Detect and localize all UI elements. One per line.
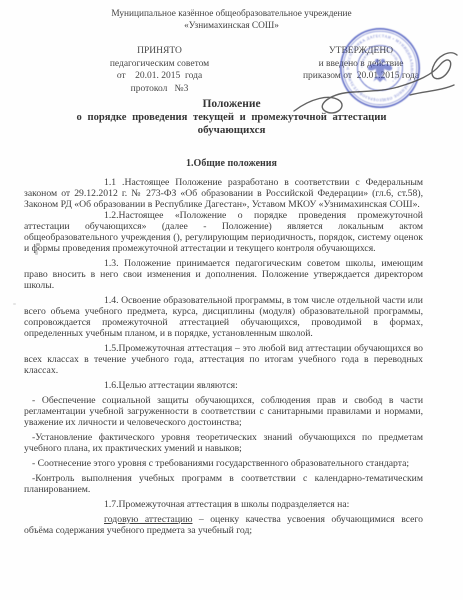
accepted-line-date: от 20.01. 2015 года bbox=[72, 70, 247, 83]
paragraph-1-1: 1.1 .Настоящее Положение разработано в с… bbox=[24, 177, 423, 210]
paragraph-1-6: 1.6.Целью аттестации являются: bbox=[24, 380, 423, 391]
approved-title: УТВЕРЖДЕНО bbox=[277, 45, 445, 58]
approved-block: УТВЕРЖДЕНО и введено в действие приказом… bbox=[277, 45, 445, 95]
goal-bullet-3: - Соотнесение этого уровня с требованиям… bbox=[24, 458, 423, 469]
document-header: Муниципальное казённое общеобразовательн… bbox=[0, 0, 463, 32]
scanned-document-page: Муниципальное казённое общеобразовательн… bbox=[0, 0, 463, 600]
approved-line-action: и введено в действие bbox=[277, 58, 445, 71]
org-name-line: Муниципальное казённое общеобразовательн… bbox=[0, 8, 463, 20]
accepted-title: ПРИНЯТО bbox=[72, 45, 247, 58]
document-body: 1.1 .Настоящее Положение разработано в с… bbox=[0, 170, 463, 536]
title-line-3: обучающихся bbox=[0, 124, 463, 137]
school-name-line: «Узнимахинская СОШ» bbox=[0, 20, 463, 32]
section-heading: 1.Общие положения bbox=[0, 158, 463, 170]
paragraph-1-3: 1.3. Положение принимается педагогически… bbox=[24, 258, 423, 291]
accepted-line-council: педагогическим советом bbox=[72, 58, 247, 71]
paragraph-1-5: 1.5.Промежуточная аттестация – это любой… bbox=[24, 343, 423, 376]
paragraph-annual-attestation: годовую аттестацию – оценку качества усв… bbox=[24, 514, 423, 536]
goal-bullet-2: -Установление фактического уровня теорет… bbox=[24, 432, 423, 454]
accepted-line-protocol: протокол №3 bbox=[72, 83, 247, 96]
document-title: Положение о порядке проведения текущей и… bbox=[0, 98, 463, 137]
title-line-2: о порядке проведения текущей и промежуто… bbox=[0, 111, 463, 124]
approval-row: ПРИНЯТО педагогическим советом от 20.01.… bbox=[0, 45, 463, 95]
paragraph-1-7: 1.7.Промежуточная аттестация в школы под… bbox=[24, 499, 423, 510]
goal-bullet-4: -Контроль выполнения учебных программ в … bbox=[24, 473, 423, 495]
accepted-block: ПРИНЯТО педагогическим советом от 20.01.… bbox=[72, 45, 247, 95]
goal-bullet-1: - Обеспечение социальной защиты обучающи… bbox=[24, 395, 423, 428]
approved-line-order: приказом от 20.01.2015 года bbox=[277, 70, 445, 83]
scan-speck bbox=[13, 303, 16, 305]
underlined-term: годовую аттестацию bbox=[104, 514, 192, 525]
scan-speck bbox=[35, 251, 38, 255]
term-definition: – оценку качества усвоения обучающимися … bbox=[24, 514, 423, 536]
paragraph-1-4: 1.4. Освоение образовательной программы,… bbox=[24, 295, 423, 339]
title-line-1: Положение bbox=[0, 98, 463, 111]
scan-speck bbox=[36, 243, 40, 246]
paragraph-1-2: 1.2.Настоящее «Положение о порядке прове… bbox=[24, 210, 423, 254]
